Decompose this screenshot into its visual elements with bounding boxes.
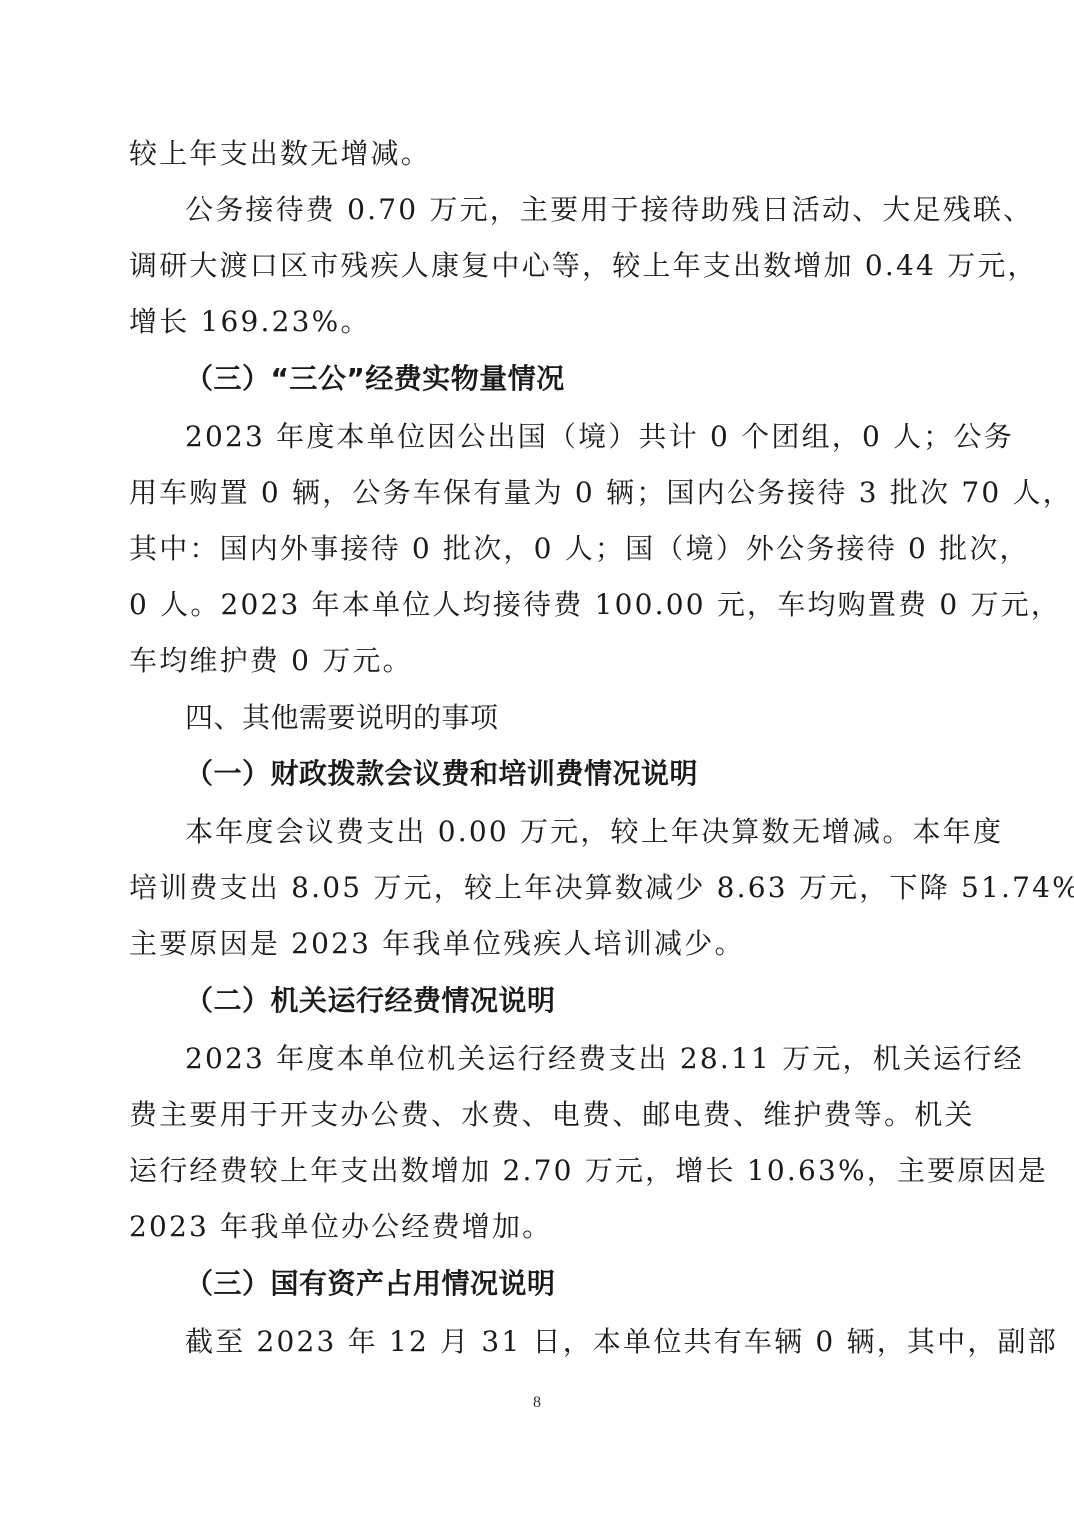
paragraph-line: 费主要用于开支办公费、水费、电费、邮电费、维护费等。机关: [129, 1095, 945, 1135]
paragraph-line: 其中：国内外事接待 0 批次，0 人；国（境）外公务接待 0 批次，: [129, 529, 945, 569]
paragraph-line: 2023 年度本单位因公出国（境）共计 0 个团组，0 人；公务: [185, 417, 945, 457]
paragraph-line: 增长 169.23%。: [129, 302, 945, 342]
paragraph-line: 2023 年度本单位机关运行经费支出 28.11 万元，机关运行经: [185, 1039, 945, 1079]
section-heading-three-public-quantity: （三）“三公”经费实物量情况: [185, 359, 565, 399]
section-heading-operating-expenses: （二）机关运行经费情况说明: [185, 981, 556, 1021]
paragraph-line: 2023 年我单位办公经费增加。: [129, 1207, 945, 1247]
paragraph-line: 主要原因是 2023 年我单位残疾人培训减少。: [129, 924, 945, 964]
section-heading-other-matters: 四、其他需要说明的事项: [185, 698, 499, 738]
page-number: 8: [0, 1393, 1074, 1413]
paragraph-line: 0 人。2023 年本单位人均接待费 100.00 元，车均购置费 0 万元，: [129, 585, 945, 625]
paragraph-line: 调研大渡口区市残疾人康复中心等，较上年支出数增加 0.44 万元，: [129, 246, 945, 286]
section-heading-state-assets: （三）国有资产占用情况说明: [185, 1264, 556, 1304]
paragraph-line: 较上年支出数无增减。: [129, 134, 945, 174]
paragraph-line: 用车购置 0 辆，公务车保有量为 0 辆；国内公务接待 3 批次 70 人，: [129, 473, 945, 513]
paragraph-line: 截至 2023 年 12 月 31 日，本单位共有车辆 0 辆，其中，副部: [185, 1322, 945, 1362]
paragraph-line: 培训费支出 8.05 万元，较上年决算数减少 8.63 万元，下降 51.74%…: [129, 868, 945, 908]
document-page: 较上年支出数无增减。 公务接待费 0.70 万元，主要用于接待助残日活动、大足残…: [0, 0, 1074, 1520]
paragraph-line: 车均维护费 0 万元。: [129, 641, 945, 681]
section-heading-meeting-training-fees: （一）财政拨款会议费和培训费情况说明: [185, 754, 698, 794]
paragraph-line: 本年度会议费支出 0.00 万元，较上年决算数无增减。本年度: [185, 812, 945, 852]
paragraph-line: 运行经费较上年支出数增加 2.70 万元，增长 10.63%，主要原因是: [129, 1151, 945, 1191]
paragraph-line: 公务接待费 0.70 万元，主要用于接待助残日活动、大足残联、: [185, 190, 945, 230]
